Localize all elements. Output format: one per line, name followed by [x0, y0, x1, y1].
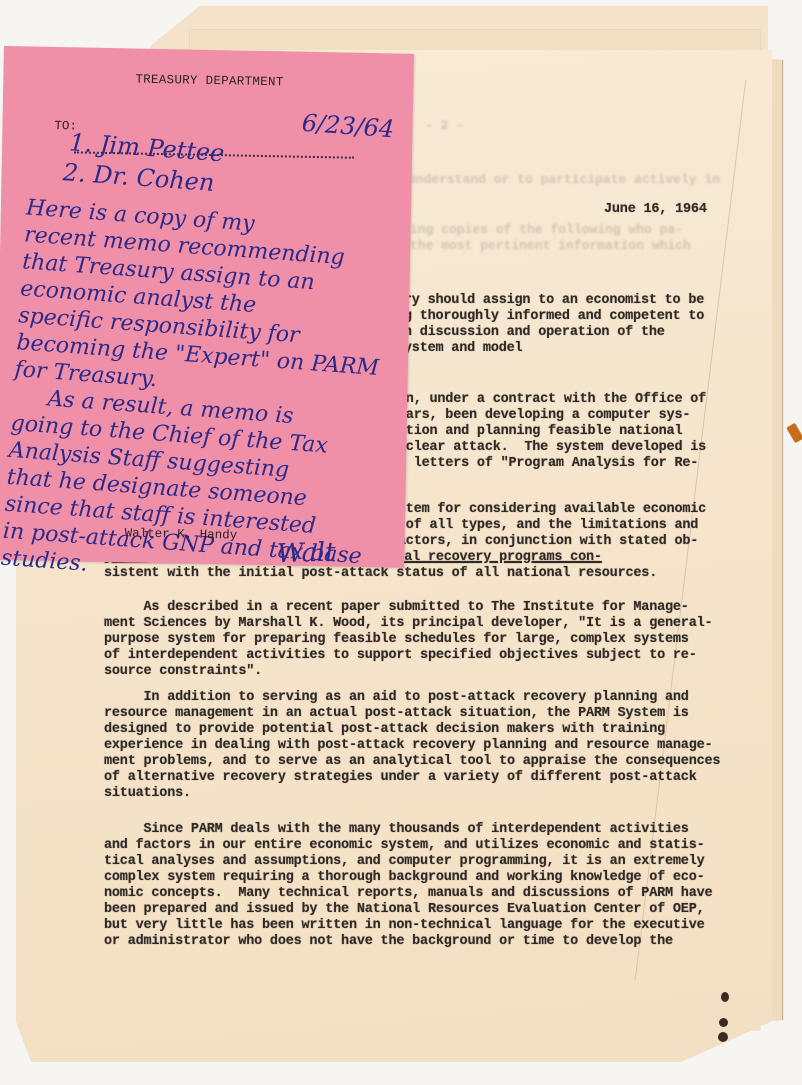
memo-line: ion, under a contract with the Office of [390, 392, 706, 408]
memo-line: factors, in conjunction with stated ob- [390, 534, 698, 550]
memo-line: and factors in our entire economic syste… [104, 838, 705, 854]
page-marker: - 2 - [425, 118, 464, 133]
memo-line: of interdependent activities to support … [104, 648, 697, 664]
memo-line: ment Sciences by Marshall K. Wood, its p… [104, 616, 712, 632]
memo-line: source constraints". [104, 664, 262, 680]
memo-line: but very little has been written in non-… [104, 918, 705, 934]
memo-line: s of all types, and the limitations and [390, 518, 698, 534]
memo-line: experience in dealing with post-attack r… [104, 738, 712, 754]
memo-line: ystem for considering available economic [390, 502, 706, 518]
memo-line: situations. [104, 786, 191, 802]
memo-line: al letters of "Program Analysis for Re- [390, 456, 698, 472]
memo-line: of alternative recovery strategies under… [104, 770, 697, 786]
ink-spot [718, 1032, 728, 1042]
ghost-line: the most pertinent information which [410, 238, 691, 253]
memo-line: tical analyses and assumptions, and comp… [104, 854, 705, 870]
signature: Walt [277, 539, 337, 568]
ghost-line: ing copies of the following who pa- [410, 222, 683, 237]
memo-line: ng thoroughly informed and competent to [396, 309, 704, 325]
memo-line: system and model [396, 341, 522, 357]
printed-name: Walter K. Handy [125, 526, 238, 542]
memo-line: purpose system for preparing feasible sc… [104, 632, 689, 648]
memo-line: nuclear attack. The system developed is [390, 440, 706, 456]
orange-tab [786, 423, 802, 444]
ink-spot [719, 1018, 728, 1027]
memo-line: nomic concepts. Many technical reports, … [104, 886, 712, 902]
memo-date: June 16, 1964 [604, 202, 707, 218]
memo-line: complex system requiring a thorough back… [104, 870, 705, 886]
memo-line: been prepared and issued by the National… [104, 902, 705, 918]
handwritten-date: 6/23/64 [301, 110, 395, 144]
memo-line: years, been developing a computer sys- [390, 408, 690, 424]
ink-spot [721, 992, 729, 1002]
slip-header: TREASURY DEPARTMENT [135, 73, 283, 90]
memo-line: uation and planning feasible national [390, 424, 682, 440]
memo-line: in discussion and operation of the [396, 325, 665, 341]
memo-line: In addition to serving as an aid to post… [104, 690, 689, 706]
ghost-line: understand or to participate actively in [408, 172, 720, 187]
memo-line: ury should assign to an economist to be [396, 293, 704, 309]
memo-line: designed to provide potential post-attac… [104, 722, 665, 738]
memo-line: Since PARM deals with the many thousands… [104, 822, 689, 838]
memo-line: ment problems, and to serve as an analyt… [104, 754, 720, 770]
memo-line: or administrator who does not have the b… [104, 934, 673, 950]
routing-slip: TREASURY DEPARTMENT TO: 6/23/64 1. Jim P… [0, 46, 414, 568]
memo-line: resource management in an actual post-at… [104, 706, 689, 722]
memo-line: As described in a recent paper submitted… [104, 600, 689, 616]
